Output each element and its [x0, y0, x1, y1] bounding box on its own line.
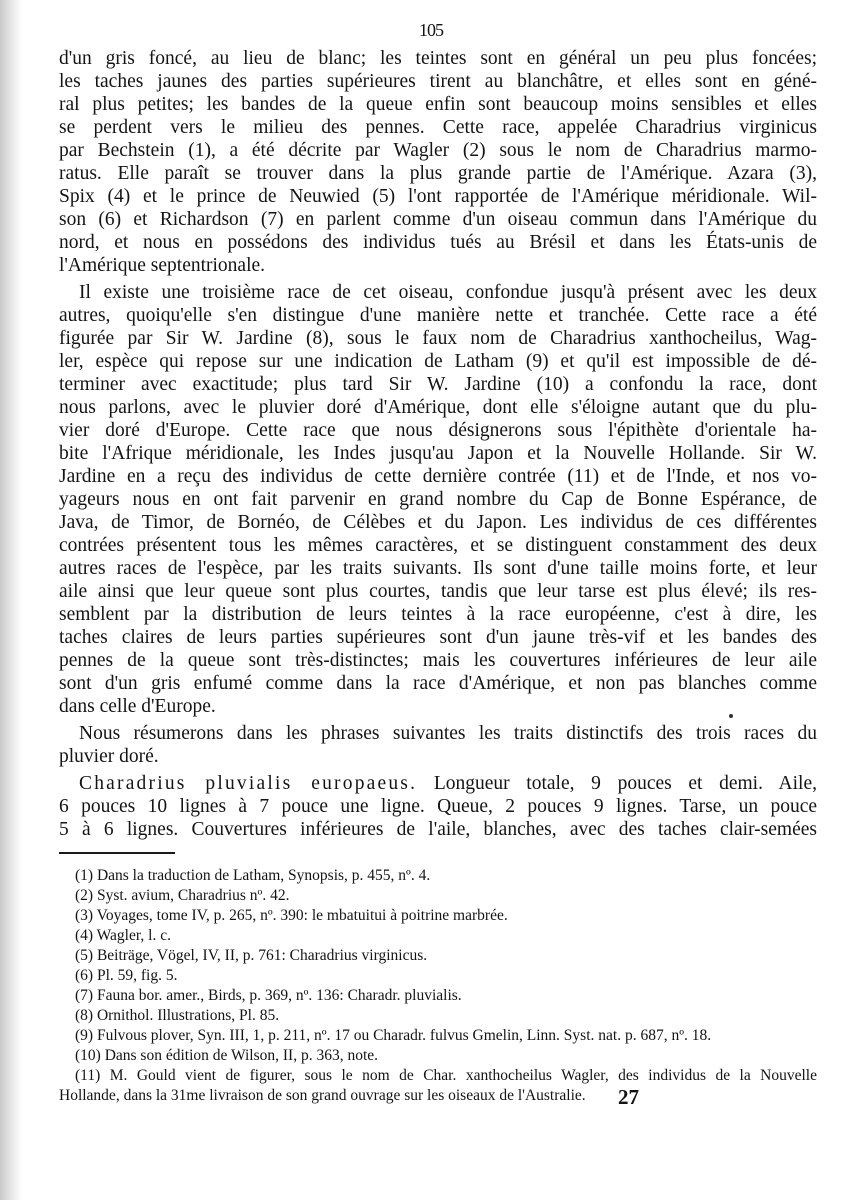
- text-line: les taches jaunes des parties supérieure…: [59, 70, 817, 93]
- text-line: dans celle d'Europe.: [59, 695, 817, 718]
- text-line: autres, quoiqu'elle s'en distingue d'une…: [59, 304, 817, 327]
- body-text: d'un gris foncé, au lieu de blanc; les t…: [59, 47, 817, 841]
- text-line: ratus. Elle paraît se trouver dans la pl…: [59, 162, 817, 185]
- footnote-1: (1) Dans la traduction de Latham, Synops…: [59, 866, 817, 886]
- text-line: autres races de l'espèce, par les traits…: [59, 557, 817, 580]
- paragraph-1: d'un gris foncé, au lieu de blanc; les t…: [59, 47, 817, 277]
- text-line: Java, de Timor, de Bornéo, de Célèbes et…: [59, 511, 817, 534]
- paragraph-4: Charadrius pluvialis europaeus. Longueur…: [59, 772, 817, 841]
- text-line: Nous résumerons dans les phrases suivant…: [59, 722, 817, 745]
- page-number: 105: [0, 20, 862, 41]
- text-line: nous parlons, avec le pluvier doré d'Amé…: [59, 396, 817, 419]
- paragraph-2: Il existe une troisième race de cet oise…: [59, 281, 817, 718]
- text-line: 5 à 6 lignes. Couvertures inférieures de…: [59, 818, 817, 841]
- text-line: nord, et nous en possédons des individus…: [59, 231, 817, 254]
- text-line: 6 pouces 10 lignes à 7 pouce une ligne. …: [59, 795, 817, 818]
- text-line: pennes de la queue sont très-distinctes;…: [59, 649, 817, 672]
- text-line: terminer avec exactitude; plus tard Sir …: [59, 373, 817, 396]
- text-line: Il existe une troisième race de cet oise…: [59, 281, 817, 304]
- footnote-11: (11) M. Gould vient de figurer, sous le …: [59, 1066, 817, 1086]
- footnotes: (1) Dans la traduction de Latham, Synops…: [59, 866, 817, 1106]
- footnote-2: (2) Syst. avium, Charadrius nº. 42.: [59, 886, 817, 906]
- footnote-10: (10) Dans son édition de Wilson, II, p. …: [59, 1046, 817, 1066]
- species-name: Charadrius pluvialis europaeus.: [79, 773, 417, 794]
- text-line: aile ainsi que leur queue sont plus cour…: [59, 580, 817, 603]
- text-line: Spix (4) et le prince de Neuwied (5) l'o…: [59, 185, 817, 208]
- text-line: l'Amérique septentrionale.: [59, 254, 817, 277]
- page-edge-shadow: [0, 0, 22, 1200]
- text-line: figurée par Sir W. Jardine (8), sous le …: [59, 327, 817, 350]
- paragraph-3: Nous résumerons dans les phrases suivant…: [59, 722, 817, 768]
- footnote-7: (7) Fauna bor. amer., Birds, p. 369, nº.…: [59, 986, 817, 1006]
- footnote-5: (5) Beiträge, Vögel, IV, II, p. 761: Cha…: [59, 946, 817, 966]
- text-line: yageurs nous en ont fait parvenir en gra…: [59, 488, 817, 511]
- text-line: sont d'un gris enfumé comme dans la race…: [59, 672, 817, 695]
- text-line: d'un gris foncé, au lieu de blanc; les t…: [59, 47, 817, 70]
- text-line: par Bechstein (1), a été décrite par Wag…: [59, 139, 817, 162]
- text-line: Jardine en a reçu des individus de cette…: [59, 465, 817, 488]
- footnote-4: (4) Wagler, l. c.: [59, 926, 817, 946]
- text-line: taches claires de leurs parties supérieu…: [59, 626, 817, 649]
- text-line: pluvier doré.: [59, 745, 817, 768]
- species-description: Longueur totale, 9 pouces et demi. Aile,: [434, 773, 817, 794]
- text-line: ler, espèce qui repose sur une indicatio…: [59, 350, 817, 373]
- footnote-3: (3) Voyages, tome IV, p. 265, nº. 390: l…: [59, 906, 817, 926]
- text-line: Charadrius pluvialis europaeus. Longueur…: [59, 772, 817, 795]
- footnote-8: (8) Ornithol. Illustrations, Pl. 85.: [59, 1006, 817, 1026]
- text-line: son (6) et Richardson (7) en parlent com…: [59, 208, 817, 231]
- footnote-9: (9) Fulvous plover, Syn. III, 1, p. 211,…: [59, 1026, 817, 1046]
- footnote-11-continued: Hollande, dans la 31me livraison de son …: [59, 1086, 817, 1106]
- text-line: ral plus petites; les bandes de la queue…: [59, 93, 817, 116]
- text-line: semblent par la distribution de leurs te…: [59, 603, 817, 626]
- text-line: vier doré d'Europe. Cette race que nous …: [59, 419, 817, 442]
- text-line: contrées présentent tous les mêmes carac…: [59, 534, 817, 557]
- footnote-6: (6) Pl. 59, fig. 5.: [59, 966, 817, 986]
- text-line: se perdent vers le milieu des pennes. Ce…: [59, 116, 817, 139]
- signature-mark: 27: [618, 1085, 639, 1110]
- footnote-separator: [59, 852, 175, 854]
- text-line: bite l'Afrique méridionale, les Indes ju…: [59, 442, 817, 465]
- ink-speck: [729, 714, 733, 718]
